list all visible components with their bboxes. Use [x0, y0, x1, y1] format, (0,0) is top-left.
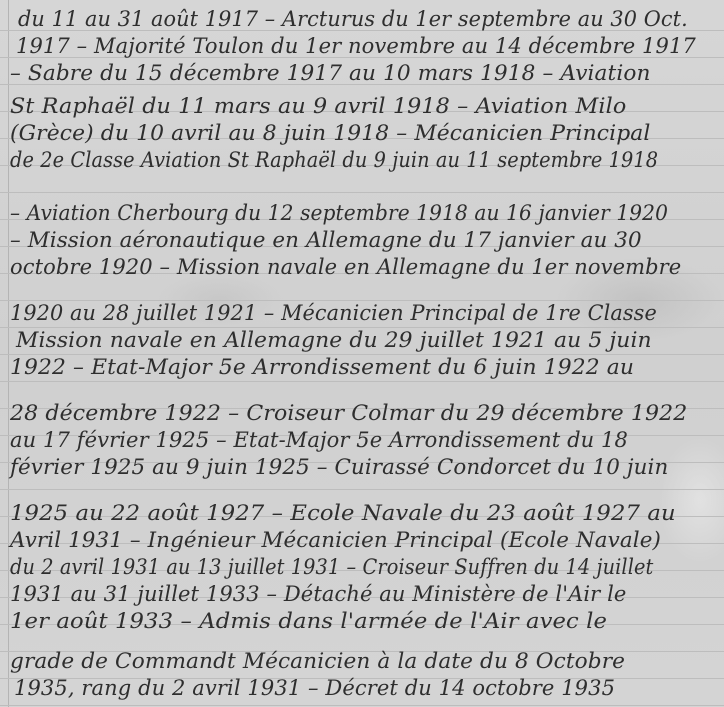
text-line: du 11 au 31 août 1917 – Arcturus du 1er …	[18, 6, 688, 32]
text-line: St Raphaël du 11 mars au 9 avril 1918 – …	[10, 93, 626, 119]
text-line: – Mission aéronautique en Allemagne du 1…	[10, 227, 642, 253]
scanned-register-page: du 11 au 31 août 1917 – Arcturus du 1er …	[0, 0, 724, 707]
text-line: 28 décembre 1922 – Croiseur Colmar du 29…	[10, 400, 687, 426]
text-line: octobre 1920 – Mission navale en Allemag…	[10, 254, 681, 280]
text-line: 1er août 1933 – Admis dans l'armée de l'…	[10, 608, 607, 634]
text-line: 1935, rang du 2 avril 1931 – Décret du 1…	[14, 675, 615, 701]
text-line: du 2 avril 1931 au 13 juillet 1931 – Cro…	[10, 554, 653, 580]
ruled-line	[0, 192, 724, 193]
text-line: 1925 au 22 août 1927 – Ecole Navale du 2…	[10, 500, 676, 526]
text-line: 1917 – Majorité Toulon du 1er novembre a…	[16, 33, 696, 59]
text-line: (Grèce) du 10 avril au 8 juin 1918 – Méc…	[10, 120, 651, 146]
text-line: Avril 1931 – Ingénieur Mécanicien Princi…	[10, 527, 661, 553]
text-line: Mission navale en Allemagne du 29 juille…	[16, 327, 652, 353]
ruled-line	[0, 489, 724, 490]
text-line: au 17 février 1925 – Etat-Major 5e Arron…	[10, 427, 628, 453]
text-line: février 1925 au 9 juin 1925 – Cuirassé C…	[10, 454, 668, 480]
text-line: – Sabre du 15 décembre 1917 au 10 mars 1…	[10, 60, 651, 86]
text-line: 1931 au 31 juillet 1933 – Détaché au Min…	[10, 581, 626, 607]
text-line: – Aviation Cherbourg du 12 septembre 191…	[10, 200, 668, 226]
text-line: grade de Commandt Mécanicien à la date d…	[10, 648, 625, 674]
text-line: 1920 au 28 juillet 1921 – Mécanicien Pri…	[10, 300, 657, 326]
text-line: de 2e Classe Aviation St Raphaël du 9 ju…	[10, 147, 658, 173]
text-line: 1922 – Etat-Major 5e Arrondissement du 6…	[10, 354, 634, 380]
ruled-line	[0, 705, 724, 706]
ruled-line	[0, 381, 724, 382]
